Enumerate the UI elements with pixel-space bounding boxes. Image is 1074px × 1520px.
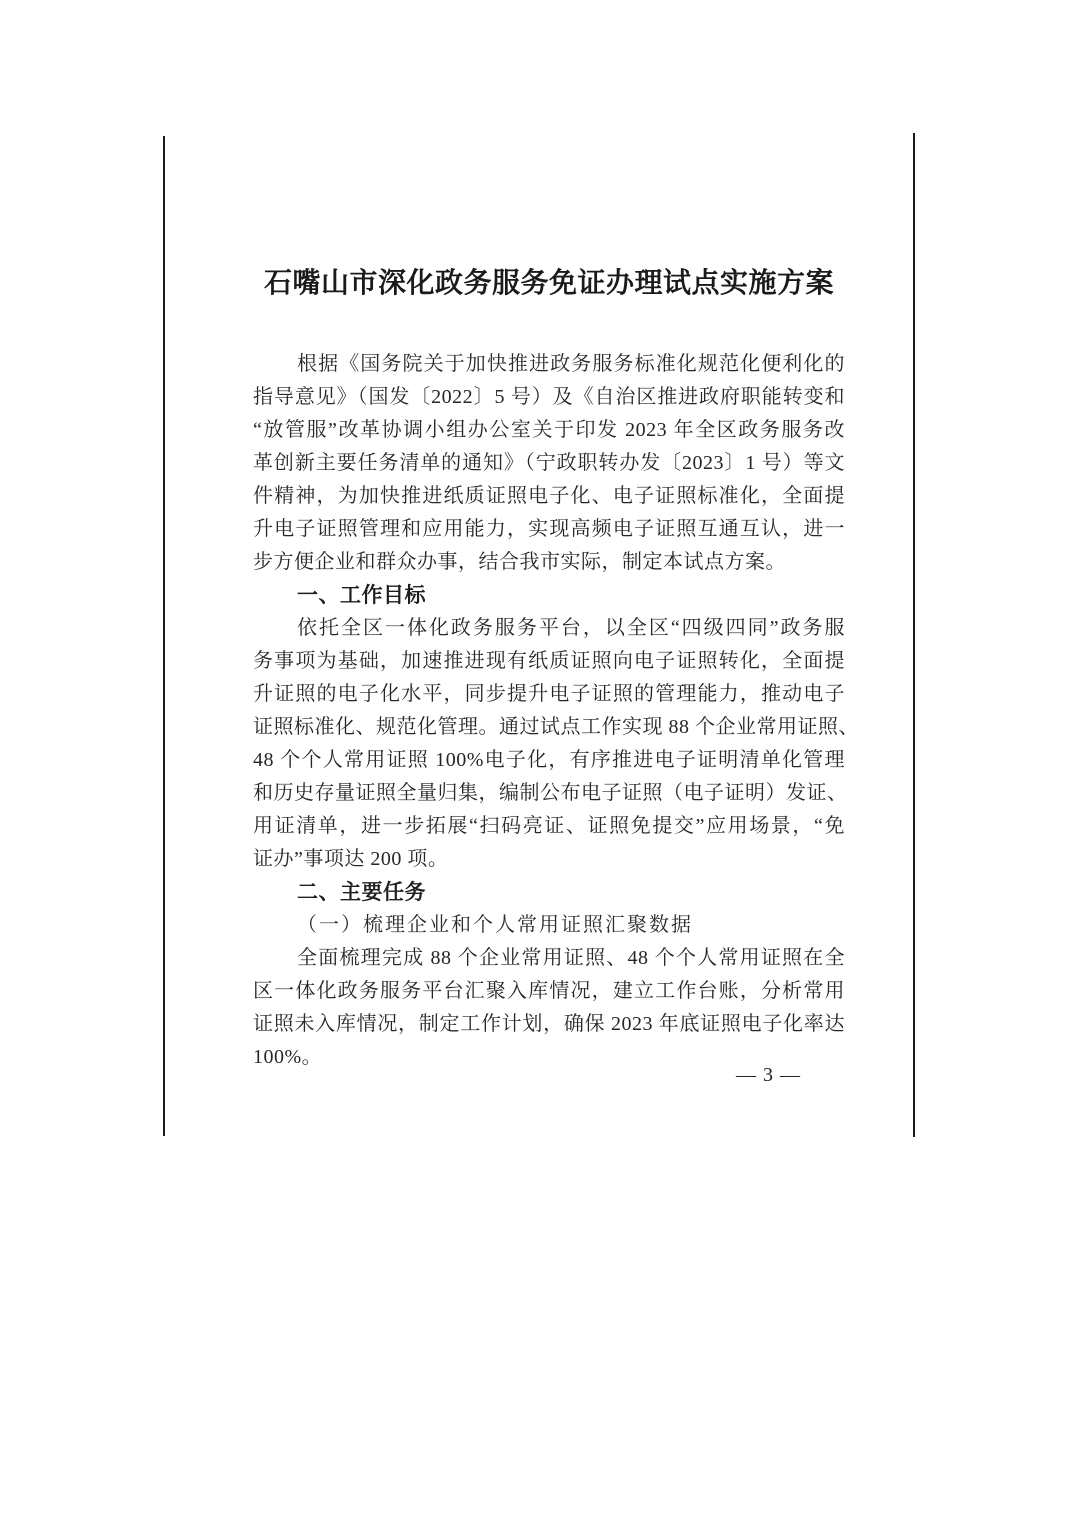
body-line: 区一体化政务服务平台汇聚入库情况，建立工作台账，分析常用 [253,975,845,1008]
document-title: 石嘴山市深化政务服务免证办理试点实施方案 [253,266,845,302]
body-line: 全面梳理完成 88 个企业常用证照、48 个个人常用证照在全 [253,942,845,975]
page-number: — 3 — [253,1059,845,1092]
body-line: 步方便企业和群众办事，结合我市实际，制定本试点方案。 [253,546,845,579]
body-line: 48 个个人常用证照 100%电子化，有序推进电子证明清单化管理 [253,744,845,777]
body-line: 指导意见》（国发〔2022〕5 号）及《自治区推进政府职能转变和 [253,381,845,414]
body-line: 证照标准化、规范化管理。通过试点工作实现 88 个企业常用证照、 [253,711,845,744]
body-line: 件精神，为加快推进纸质证照电子化、电子证照标准化，全面提 [253,480,845,513]
body-line: 证办”事项达 200 项。 [253,843,845,876]
body-line: 根据《国务院关于加快推进政务服务标准化规范化便利化的 [253,348,845,381]
section-heading: 二、主要任务 [253,876,845,909]
document-scan-page: 石嘴山市深化政务服务免证办理试点实施方案 根据《国务院关于加快推进政务服务标准化… [0,0,1074,1520]
body-line: 依托全区一体化政务服务平台，以全区“四级四同”政务服 [253,612,845,645]
section-heading: 一、工作目标 [253,579,845,612]
body-line: “放管服”改革协调小组办公室关于印发 2023 年全区政务服务改 [253,414,845,447]
body-line: 升证照的电子化水平，同步提升电子证照的管理能力，推动电子 [253,678,845,711]
body-line: 革创新主要任务清单的通知》（宁政职转办发〔2023〕1 号）等文 [253,447,845,480]
scan-left-edge-line [163,136,165,1136]
document-body: 根据《国务院关于加快推进政务服务标准化规范化便利化的指导意见》（国发〔2022〕… [253,348,845,1074]
body-line: 证照未入库情况，制定工作计划，确保 2023 年底证照电子化率达 [253,1008,845,1041]
body-line: 升电子证照管理和应用能力，实现高频电子证照互通互认，进一 [253,513,845,546]
body-line: 用证清单，进一步拓展“扫码亮证、证照免提交”应用场景，“免 [253,810,845,843]
body-line: 务事项为基础，加速推进现有纸质证照向电子证照转化，全面提 [253,645,845,678]
subsection-heading: （一）梳理企业和个人常用证照汇聚数据 [253,909,845,942]
scan-right-edge-line [913,133,915,1137]
body-line: 和历史存量证照全量归集，编制公布电子证照（电子证明）发证、 [253,777,845,810]
